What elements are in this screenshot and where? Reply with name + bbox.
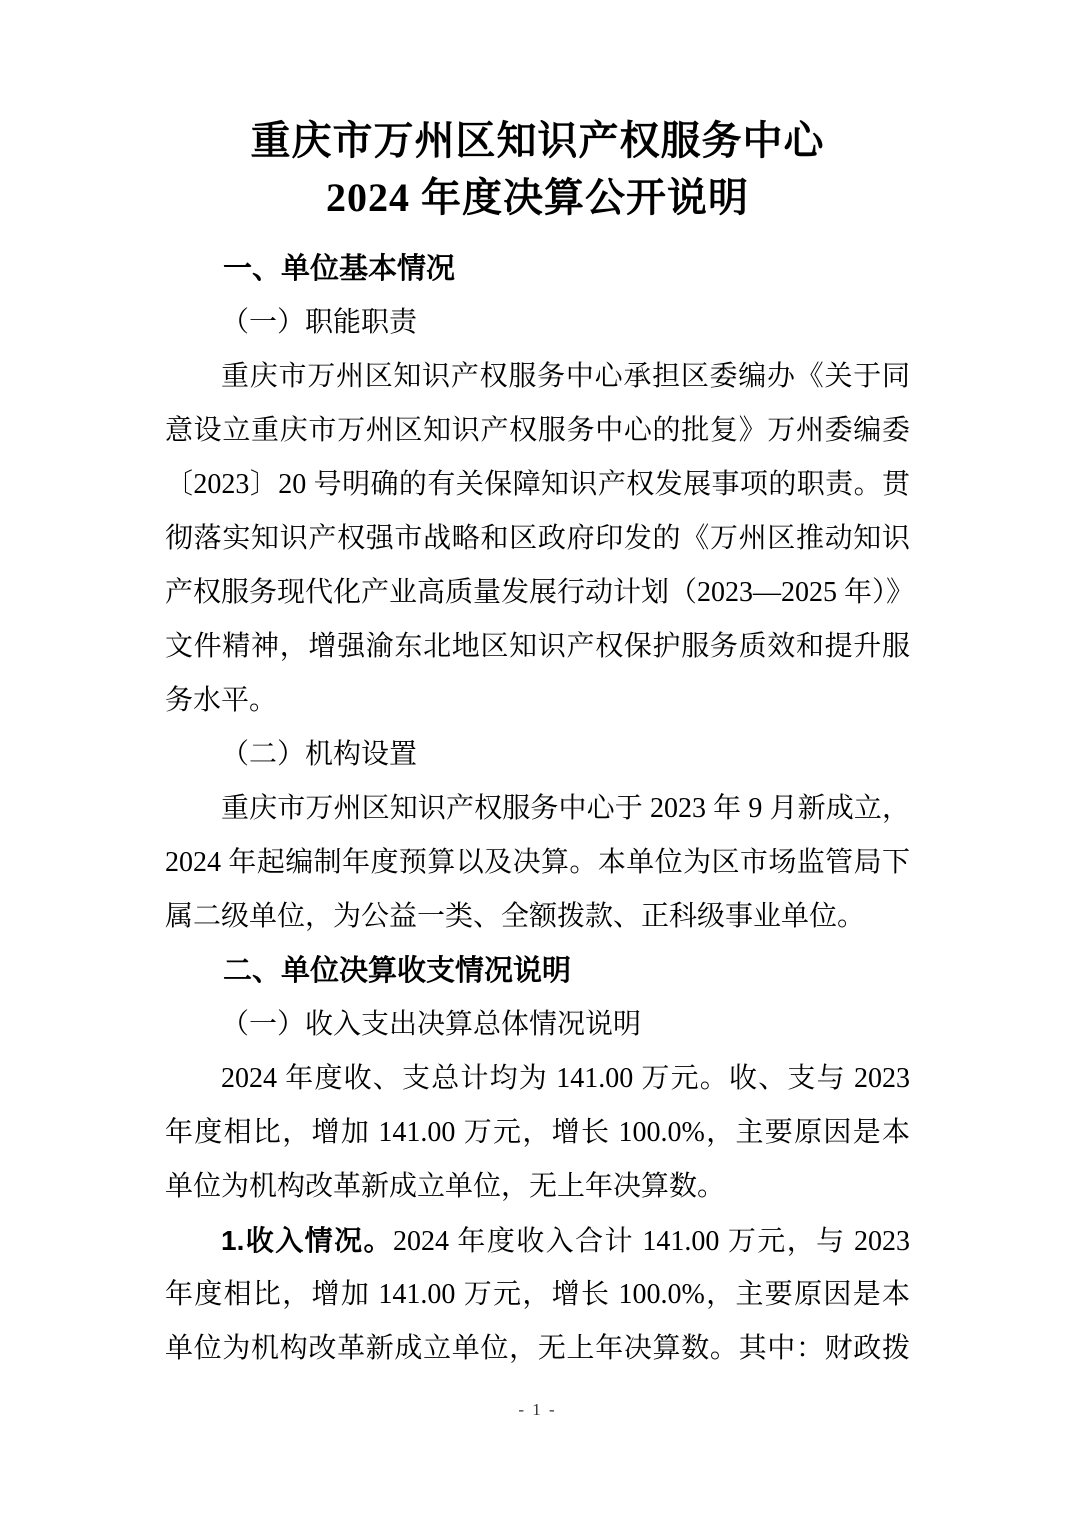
- para-overview-line-2: 年度相比，增加 141.00 万元，增长 100.0%，主要原因是本: [165, 1106, 910, 1160]
- para-income-line-1: 1.收入情况。2024 年度收入合计 141.00 万元，与 2023: [165, 1214, 910, 1268]
- income-bold-lead: 1.收入情况。: [221, 1225, 393, 1256]
- subheading-overview: （一）收入支出决算总体情况说明: [165, 998, 910, 1052]
- para-duties-line-1: 重庆市万州区知识产权服务中心承担区委编办《关于同: [165, 350, 910, 404]
- document-title: 重庆市万州区知识产权服务中心 2024 年度决算公开说明: [0, 0, 1075, 226]
- document-body: 一、单位基本情况 （一）职能职责 重庆市万州区知识产权服务中心承担区委编办《关于…: [0, 242, 1075, 1376]
- subheading-organization: （二）机构设置: [165, 728, 910, 782]
- document-title-line2: 2024 年度决算公开说明: [0, 169, 1075, 226]
- heading-unit-basic-info: 一、单位基本情况: [165, 242, 910, 296]
- para-duties-line-7: 务水平。: [165, 674, 910, 728]
- para-duties-line-2: 意设立重庆市万州区知识产权服务中心的批复》万州委编委: [165, 404, 910, 458]
- para-income-line-3: 单位为机构改革新成立单位，无上年决算数。其中：财政拨: [165, 1322, 910, 1376]
- para-overview-line-1: 2024 年度收、支总计均为 141.00 万元。收、支与 2023: [165, 1052, 910, 1106]
- para-duties-line-6: 文件精神，增强渝东北地区知识产权保护服务质效和提升服: [165, 620, 910, 674]
- para-org-line-1: 重庆市万州区知识产权服务中心于 2023 年 9 月新成立，: [165, 782, 910, 836]
- heading-budget-explanation: 二、单位决算收支情况说明: [165, 944, 910, 998]
- para-duties-line-4: 彻落实知识产权强市战略和区政府印发的《万州区推动知识: [165, 512, 910, 566]
- para-duties-line-5: 产权服务现代化产业高质量发展行动计划（2023—2025 年）》: [165, 566, 910, 620]
- para-overview-line-3: 单位为机构改革新成立单位，无上年决算数。: [165, 1160, 910, 1214]
- para-org-line-3: 属二级单位，为公益一类、全额拨款、正科级事业单位。: [165, 890, 910, 944]
- document-title-line1: 重庆市万州区知识产权服务中心: [0, 112, 1075, 169]
- subheading-duties: （一）职能职责: [165, 296, 910, 350]
- income-line-1-rest: 2024 年度收入合计 141.00 万元，与 2023: [393, 1226, 910, 1257]
- para-income-line-2: 年度相比，增加 141.00 万元，增长 100.0%，主要原因是本: [165, 1268, 910, 1322]
- para-org-line-2: 2024 年起编制年度预算以及决算。本单位为区市场监管局下: [165, 836, 910, 890]
- document-page: 重庆市万州区知识产权服务中心 2024 年度决算公开说明 一、单位基本情况 （一…: [0, 0, 1075, 1520]
- page-number: - 1 -: [0, 1400, 1075, 1420]
- para-duties-line-3: 〔2023〕20 号明确的有关保障知识产权发展事项的职责。贯: [165, 458, 910, 512]
